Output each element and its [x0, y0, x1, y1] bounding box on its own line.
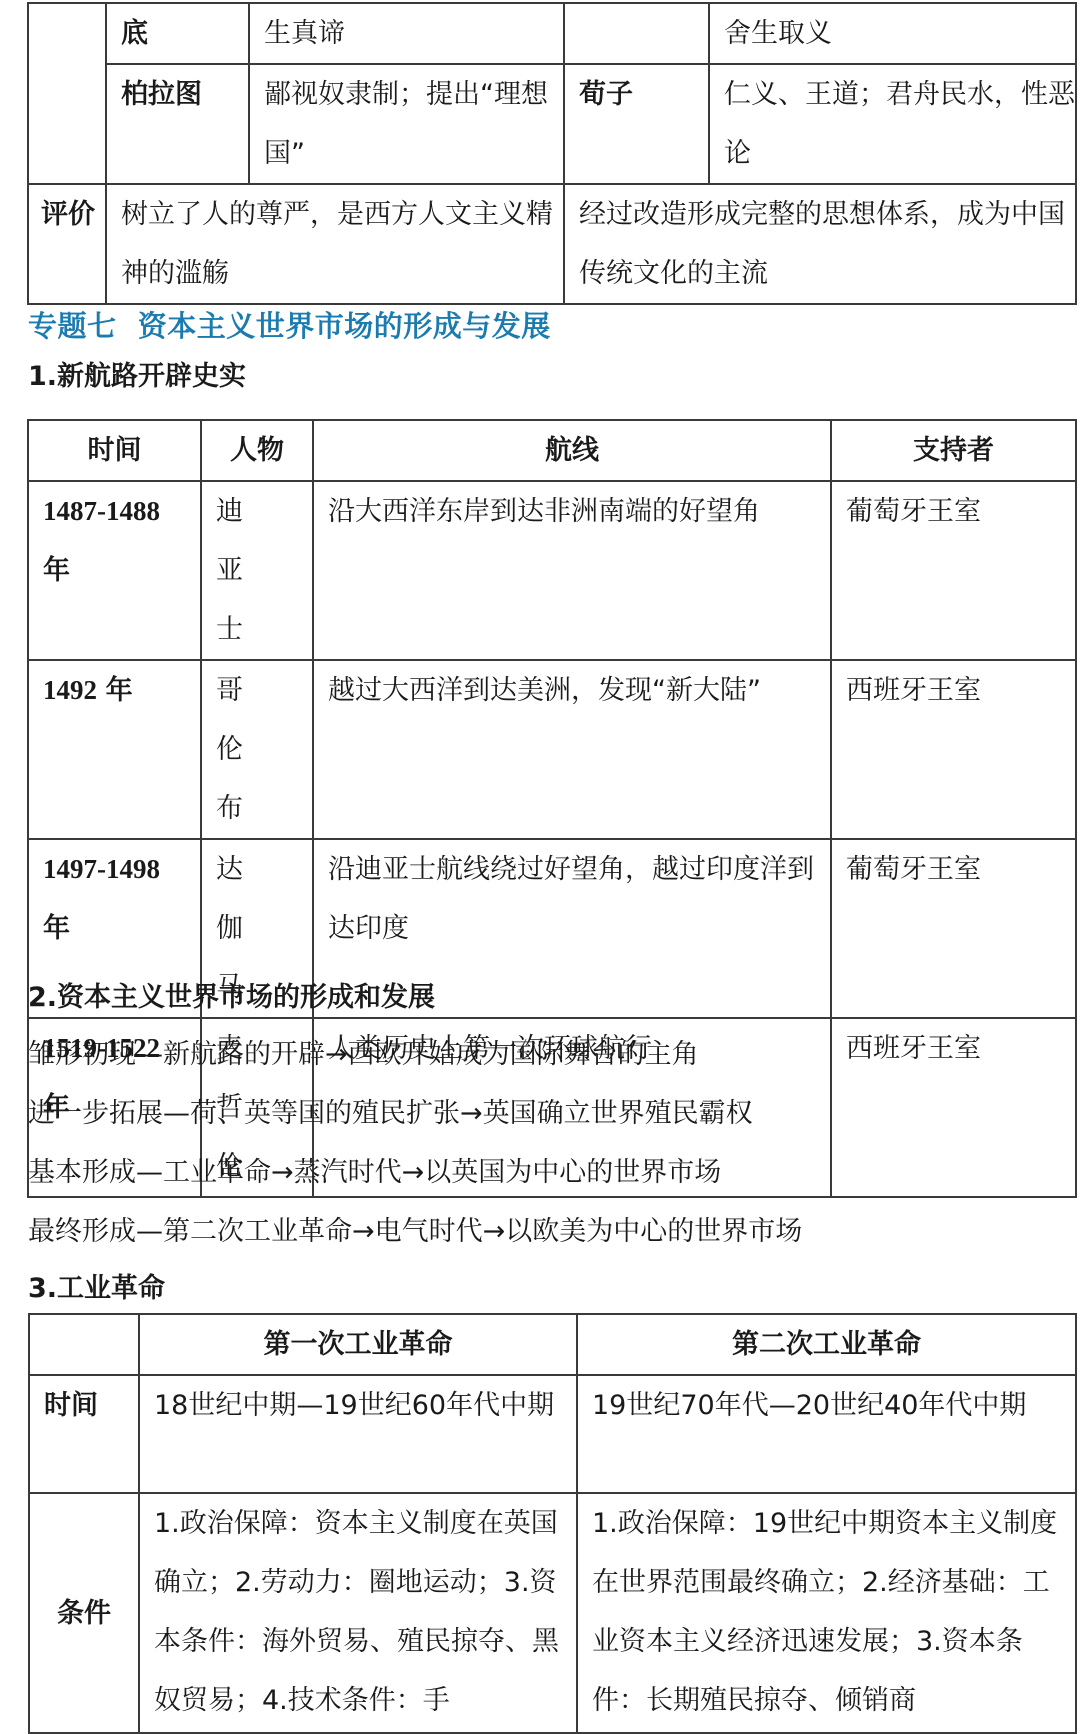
column-header-sponsor: 支持者: [831, 420, 1076, 481]
voyage-sponsor: 葡萄牙王室: [831, 481, 1076, 660]
table-row: 条件 1.政治保障：资本主义制度在英国确立；2.劳动力：圈地运动；3.资本条件：…: [29, 1493, 1076, 1733]
first-revolution-conditions: 1.政治保障：资本主义制度在英国确立；2.劳动力：圈地运动；3.资本条件：海外贸…: [139, 1493, 577, 1733]
industrial-revolution-table: 第一次工业革命 第二次工业革命 时间 18世纪中期—19世纪60年代中期 19世…: [28, 1313, 1077, 1734]
philosopher-name: 荀子: [564, 64, 709, 184]
section-heading: 2.资本主义世界市场的形成和发展: [28, 975, 435, 1014]
column-header-empty: [29, 1314, 139, 1375]
second-revolution-conditions: 1.政治保障：19世纪中期资本主义制度在世界范围最终确立；2.经济基础：工业资本…: [577, 1493, 1076, 1733]
table-header-row: 时间 人物 航线 支持者: [28, 420, 1076, 481]
philosophers-table: 底 生真谛 舍生取义 柏拉图 鄙视奴隶制；提出“理想国” 荀子 仁义、王道；君舟…: [27, 2, 1077, 305]
philosopher-idea: 舍生取义: [709, 3, 1076, 64]
table-row-evaluation: 评价 树立了人的尊严，是西方人文主义精神的滥觞 经过改造形成完整的思想体系，成为…: [28, 184, 1076, 304]
philosopher-idea: 仁义、王道；君舟民水，性恶论: [709, 64, 1076, 184]
philosopher-name: [564, 3, 709, 64]
section-heading: 3.工业革命: [28, 1266, 165, 1305]
development-stage: 基本形成—工业革命→蒸汽时代→以英国为中心的世界市场: [28, 1150, 721, 1189]
year-suffix: 年: [43, 913, 70, 944]
year-range: 1492: [43, 675, 97, 705]
table-row: 1487-1488年 迪亚士 沿大西洋东岸到达非洲南端的好望角 葡萄牙王室: [28, 481, 1076, 660]
development-stage: 进一步拓展—荷、英等国的殖民扩张→英国确立世界殖民霸权: [28, 1091, 753, 1130]
voyage-route: 越过大西洋到达美洲，发现“新大陆”: [313, 660, 831, 839]
row-label-empty: [28, 3, 106, 184]
voyage-time: 1487-1488年: [28, 481, 201, 660]
evaluation-label: 评价: [28, 184, 106, 304]
voyage-route: 沿大西洋东岸到达非洲南端的好望角: [313, 481, 831, 660]
year-suffix: 年: [43, 555, 70, 586]
new-routes-table: 时间 人物 航线 支持者 1487-1488年 迪亚士 沿大西洋东岸到达非洲南端…: [27, 419, 1077, 1198]
table-row: 柏拉图 鄙视奴隶制；提出“理想国” 荀子 仁义、王道；君舟民水，性恶论: [28, 64, 1076, 184]
development-stage: 最终形成—第二次工业革命→电气时代→以欧美为中心的世界市场: [28, 1209, 802, 1248]
voyage-sponsor: 葡萄牙王室: [831, 839, 1076, 1018]
column-header-time: 时间: [28, 420, 201, 481]
voyage-sponsor: 西班牙王室: [831, 660, 1076, 839]
column-header-first-revolution: 第一次工业革命: [139, 1314, 577, 1375]
first-revolution-time: 18世纪中期—19世纪60年代中期: [139, 1375, 577, 1493]
row-label-conditions: 条件: [29, 1493, 139, 1733]
table-header-row: 第一次工业革命 第二次工业革命: [29, 1314, 1076, 1375]
table-row: 时间 18世纪中期—19世纪60年代中期 19世纪70年代—20世纪40年代中期: [29, 1375, 1076, 1493]
philosopher-idea: 生真谛: [249, 3, 564, 64]
evaluation-west: 树立了人的尊严，是西方人文主义精神的滥觞: [106, 184, 564, 304]
year-range: 1497-1498: [43, 854, 160, 884]
year-suffix: 年: [106, 675, 133, 706]
section-heading: 1.新航路开辟史实: [28, 354, 246, 393]
column-header-person: 人物: [201, 420, 313, 481]
voyage-sponsor: 西班牙王室: [831, 1018, 1076, 1197]
column-header-second-revolution: 第二次工业革命: [577, 1314, 1076, 1375]
table-row: 1492 年 哥伦布 越过大西洋到达美洲，发现“新大陆” 西班牙王室: [28, 660, 1076, 839]
philosopher-name: 柏拉图: [106, 64, 249, 184]
table-row: 底 生真谛 舍生取义: [28, 3, 1076, 64]
row-label-time: 时间: [29, 1375, 139, 1493]
second-revolution-time: 19世纪70年代—20世纪40年代中期: [577, 1375, 1076, 1493]
voyage-person: 迪亚士: [201, 481, 313, 660]
philosopher-name: 底: [106, 3, 249, 64]
development-stage: 雏形初现—新航路的开辟→西欧开始成为国际舞台的主角: [28, 1032, 699, 1071]
year-range: 1487-1488: [43, 496, 160, 526]
voyage-time: 1492 年: [28, 660, 201, 839]
topic-title: 专题七 资本主义世界市场的形成与发展: [28, 304, 551, 345]
philosopher-idea: 鄙视奴隶制；提出“理想国”: [249, 64, 564, 184]
column-header-route: 航线: [313, 420, 831, 481]
voyage-person: 哥伦布: [201, 660, 313, 839]
evaluation-china: 经过改造形成完整的思想体系，成为中国传统文化的主流: [564, 184, 1076, 304]
